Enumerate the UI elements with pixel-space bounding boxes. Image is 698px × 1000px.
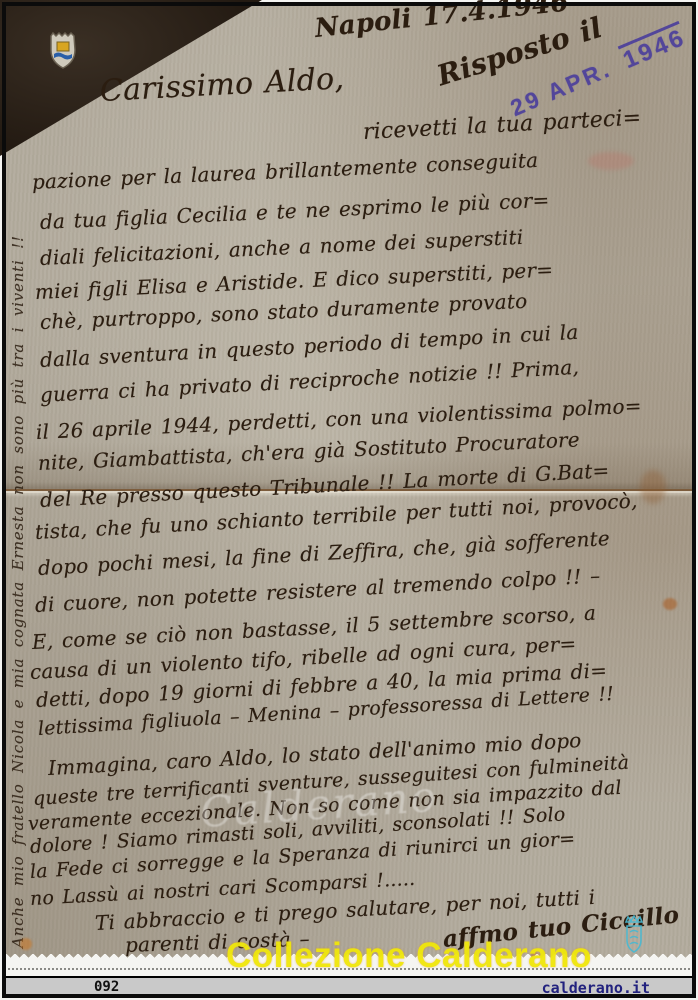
stain (663, 598, 677, 610)
margin-note-vertical: Anche mio fratello Nicola e mia cognata … (9, 103, 27, 948)
scanned-letter-page: Napoli 17.4.1946 Risposto il 29 APR. 194… (0, 0, 698, 1000)
footer-bar: 092 calderano.it (6, 976, 692, 996)
stain (640, 470, 666, 504)
website-label: calderano.it (542, 979, 650, 997)
page-number: 092 (94, 979, 119, 995)
stain (588, 152, 634, 170)
municipal-crest-icon (47, 30, 79, 72)
site-watermark: Collezione Calderano (226, 936, 592, 976)
collection-crest-icon (620, 914, 648, 960)
stain (20, 938, 32, 950)
